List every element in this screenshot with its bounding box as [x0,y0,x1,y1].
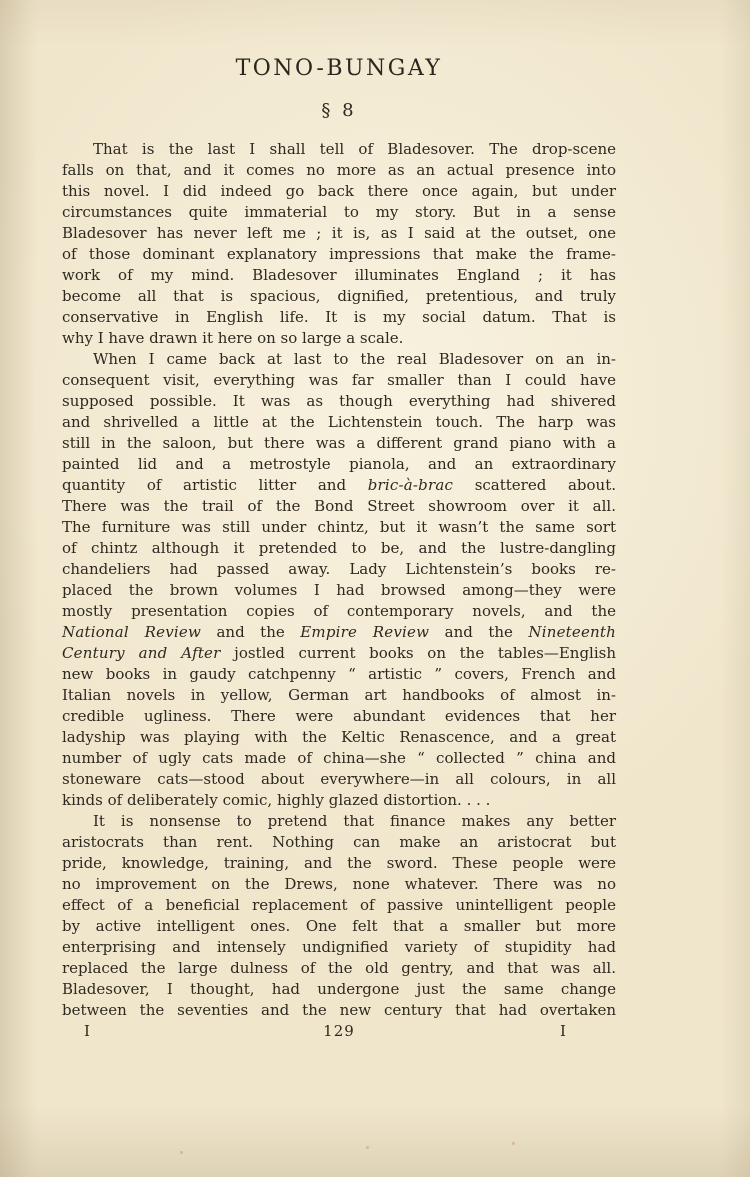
paper-speck [366,1146,369,1149]
text-line: supposed possible. It was as though ever… [62,391,616,412]
text-line: circumstances quite immaterial to my sto… [62,202,616,223]
text-line: enterprising and intensely undignified v… [62,937,616,958]
text-line: between the seventies and the new centur… [62,1000,616,1021]
text-line: Italian novels in yellow, German art han… [62,685,616,706]
text-line: of chintz although it pretended to be, a… [62,538,616,559]
signature-mark-right: I [560,1020,566,1042]
italic-text: National Review [62,623,201,641]
italic-text: Empire Review [300,623,429,641]
text-column: TONO-BUNGAY § 8 That is the last I shall… [62,0,616,1177]
text-line: falls on that, and it comes no more as a… [62,160,616,181]
paper-speck [512,1142,515,1145]
italic-text: Nineteenth [528,623,616,641]
text-line: pride, knowledge, training, and the swor… [62,853,616,874]
text-line: no improvement on the Drews, none whatev… [62,874,616,895]
text-line: Bladesover, I thought, had undergone jus… [62,979,616,1000]
text-line: placed the brown volumes I had browsed a… [62,580,616,601]
text-line: painted lid and a metrostyle pianola, an… [62,454,616,475]
text-line: Century and After jostled current books … [62,643,616,664]
text-line: chandeliers had passed away. Lady Lichte… [62,559,616,580]
text-line: When I came back at last to the real Bla… [62,349,616,370]
paragraph: It is nonsense to pretend that finance m… [62,811,616,1021]
text-line: of those dominant explanatory impression… [62,244,616,265]
text-line: why I have drawn it here on so large a s… [62,328,616,349]
text-line: credible ugliness. There were abundant e… [62,706,616,727]
page-footer: I 129 I [62,1020,616,1042]
italic-text: bric-à-brac [368,476,453,494]
text-line: It is nonsense to pretend that finance m… [62,811,616,832]
text-line: this novel. I did indeed go back there o… [62,181,616,202]
text-line: still in the saloon, but there was a dif… [62,433,616,454]
italic-text: Century and After [62,644,221,662]
text-line: National Review and the Empire Review an… [62,622,616,643]
page-number: 129 [62,1020,616,1042]
text-line: aristocrats than rent. Nothing can make … [62,832,616,853]
text-line: That is the last I shall tell of Bladeso… [62,139,616,160]
body-text: That is the last I shall tell of Bladeso… [62,139,616,1021]
text-line: There was the trail of the Bond Street s… [62,496,616,517]
text-line: by active intelligent ones. One felt tha… [62,916,616,937]
paragraph: When I came back at last to the real Bla… [62,349,616,811]
text-line: quantity of artistic litter and bric-à-b… [62,475,616,496]
page-title: TONO-BUNGAY [62,56,616,82]
text-line: ladyship was playing with the Keltic Ren… [62,727,616,748]
text-line: Bladesover has never left me ; it is, as… [62,223,616,244]
text-line: become all that is spacious, dignified, … [62,286,616,307]
text-line: consequent visit, everything was far sma… [62,370,616,391]
text-line: kinds of deliberately comic, highly glaz… [62,790,616,811]
text-line: new books in gaudy catchpenny “ artistic… [62,664,616,685]
paragraph: That is the last I shall tell of Bladeso… [62,139,616,349]
text-line: and shrivelled a little at the Lichtenst… [62,412,616,433]
text-line: work of my mind. Bladesover illuminates … [62,265,616,286]
paper-speck [180,1151,183,1154]
text-line: effect of a beneficial replacement of pa… [62,895,616,916]
text-line: stoneware cats—stood about everywhere—in… [62,769,616,790]
text-line: replaced the large dulness of the old ge… [62,958,616,979]
text-line: The furniture was still under chintz, bu… [62,517,616,538]
book-page: TONO-BUNGAY § 8 That is the last I shall… [0,0,750,1177]
text-line: conservative in English life. It is my s… [62,307,616,328]
text-line: mostly presentation copies of contempora… [62,601,616,622]
section-heading: § 8 [62,100,616,122]
text-line: number of ugly cats made of china—she “ … [62,748,616,769]
